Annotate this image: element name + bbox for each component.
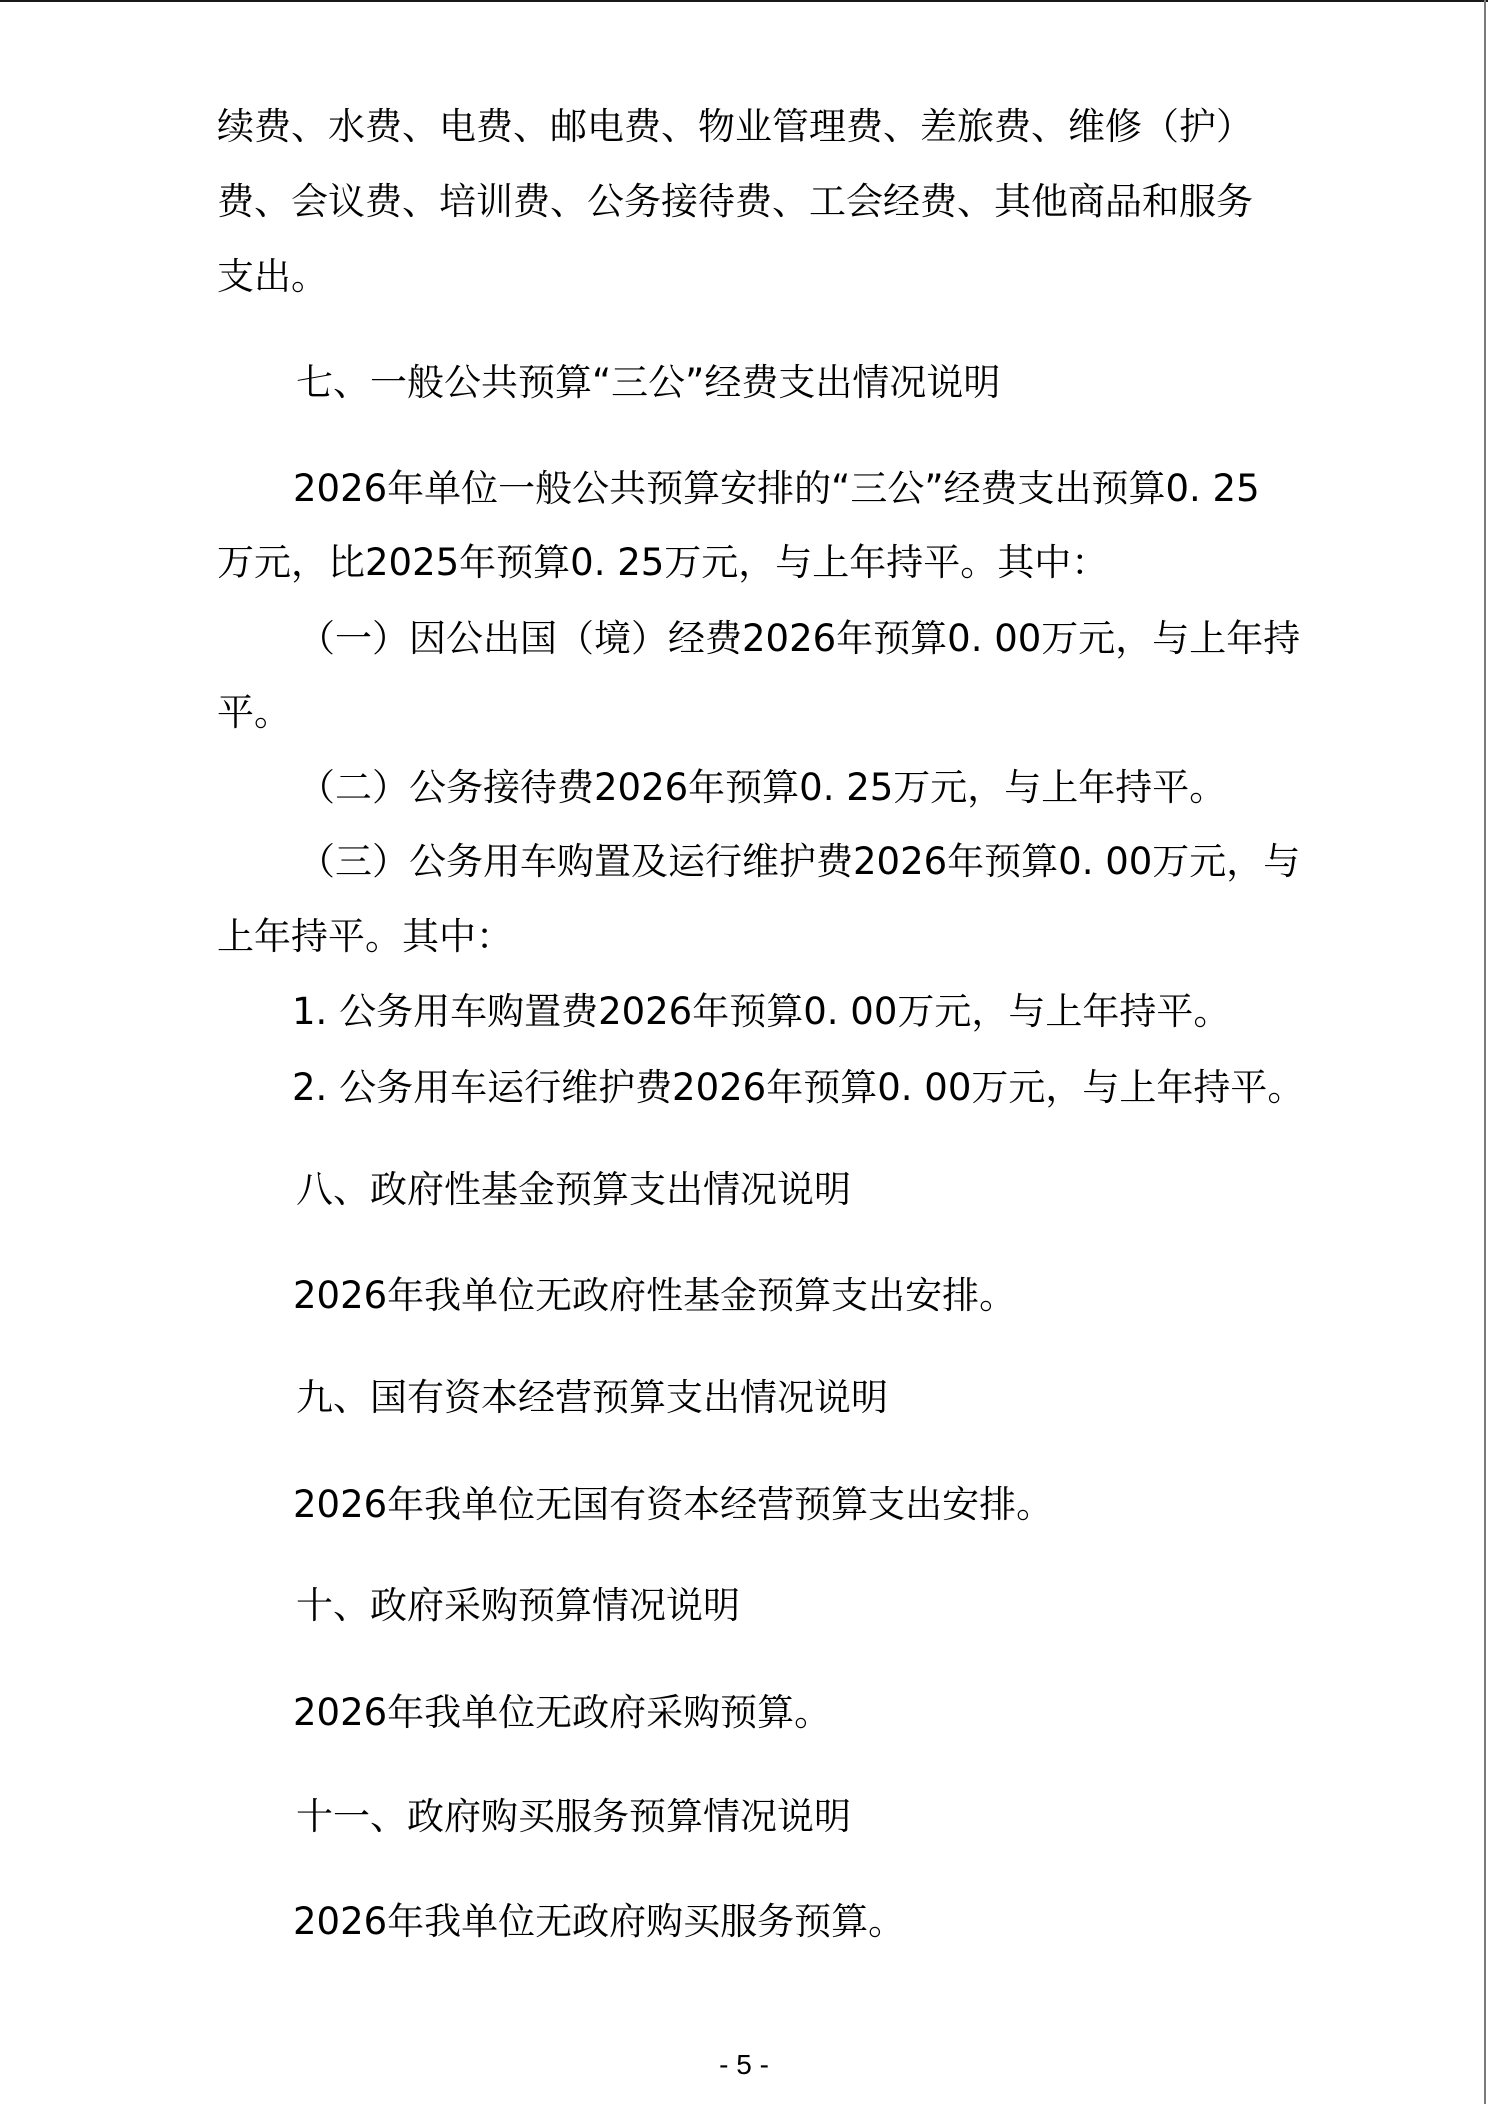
section-heading-11: 十一、政府购买服务预算情况说明 [296,1797,851,1837]
list-item-3: （三）公务用车购置及运行维护费2026年预算0. 00万元，与 [298,842,1300,882]
list-item-1: （一）因公出国（境）经费2026年预算0. 00万元，与上年持 [298,619,1300,659]
paragraph-line: 2026年我单位无国有资本经营预算支出安排。 [293,1485,1053,1525]
sub-item-1: 1. 公务用车购置费2026年预算0. 00万元，与上年持平。 [292,992,1230,1032]
section-heading-10: 十、政府采购预算情况说明 [296,1586,740,1626]
paragraph-line: 上年持平。其中： [217,917,513,957]
paragraph-line: 2026年我单位无政府性基金预算支出安排。 [293,1276,1016,1316]
page-number: - 5 - [0,2049,1488,2081]
paragraph-line: 平。 [217,693,291,733]
section-heading-8: 八、政府性基金预算支出情况说明 [296,1170,851,1210]
paragraph-line: 2026年单位一般公共预算安排的“三公”经费支出预算0. 25 [293,469,1260,509]
section-heading-9: 九、国有资本经营预算支出情况说明 [296,1378,888,1418]
section-heading-7: 七、一般公共预算“三公”经费支出情况说明 [296,363,1000,403]
paragraph-line: 续费、水费、电费、邮电费、物业管理费、差旅费、维修（护） [217,107,1253,147]
paragraph-line: 万元，比2025年预算0. 25万元，与上年持平。其中： [217,543,1108,583]
paragraph-line: 2026年我单位无政府购买服务预算。 [293,1902,905,1942]
sub-item-2: 2. 公务用车运行维护费2026年预算0. 00万元，与上年持平。 [292,1068,1304,1108]
document-page: 续费、水费、电费、邮电费、物业管理费、差旅费、维修（护） 费、会议费、培训费、公… [0,0,1488,2104]
paragraph-line: 支出。 [217,257,328,297]
list-item-2: （二）公务接待费2026年预算0. 25万元，与上年持平。 [298,768,1226,808]
paragraph-line: 2026年我单位无政府采购预算。 [293,1693,831,1733]
paragraph-line: 费、会议费、培训费、公务接待费、工会经费、其他商品和服务 [217,182,1253,222]
